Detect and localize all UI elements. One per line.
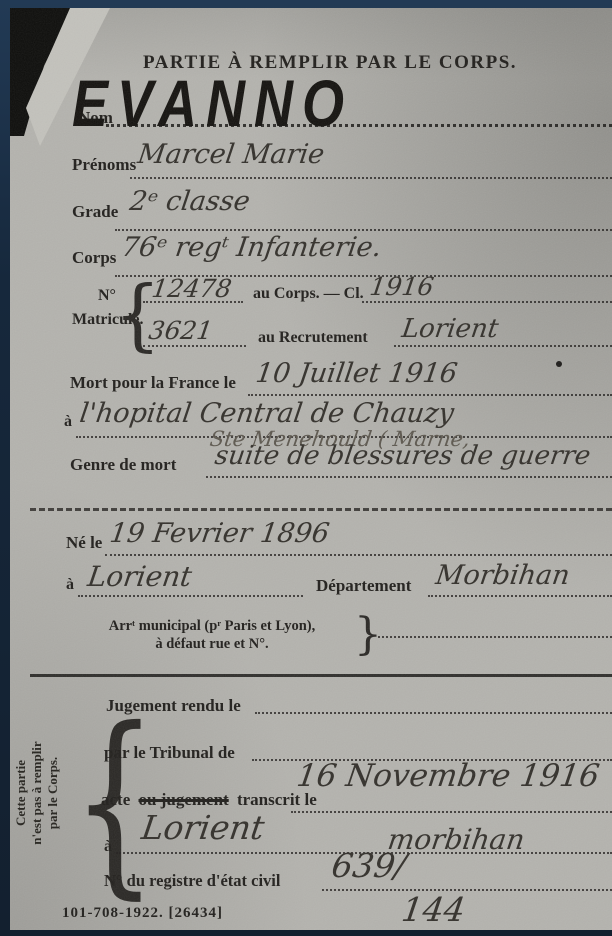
- jugement-dotted-line: [255, 712, 612, 714]
- transcription-value: 16 Novembre 1916: [294, 758, 601, 794]
- sidenote-line3: par le Corps.: [45, 710, 61, 876]
- lieu-naissance-dotted-line: [78, 595, 303, 597]
- arrondissement-dotted-line: [378, 636, 612, 638]
- transcription-label: acte ou jugement transcrit le: [101, 790, 317, 810]
- mort-dotted-line: [248, 394, 612, 396]
- departement-label: Département: [316, 576, 411, 596]
- sidenote-line2: n'est pas à remplir: [29, 710, 45, 876]
- departement-dotted-line: [428, 595, 612, 597]
- arrondissement-brace: }: [354, 609, 382, 660]
- transcription-label-struck: ou jugement: [139, 790, 229, 809]
- registre-value2: 144: [399, 890, 467, 929]
- matricule-recrutement-text: au Recrutement: [258, 329, 368, 347]
- section-divider-dashed: [30, 508, 612, 511]
- ink-dot: [556, 361, 562, 367]
- matricule-line-1a: [143, 301, 243, 303]
- sidenote-rotated: Cette partie n'est pas à remplir par le …: [13, 710, 67, 876]
- matricule-recrutement-place: Lorient: [400, 314, 500, 344]
- arrondissement-label-line2: à défaut rue et N°.: [72, 636, 352, 653]
- genre-mort-dotted-line: [206, 476, 612, 478]
- lieu-naissance-label: à: [66, 576, 74, 594]
- naissance-value: 19 Fevrier 1896: [108, 518, 332, 549]
- arrondissement-label-line1: Arrᵗ municipal (pʳ Paris et Lyon),: [72, 618, 352, 635]
- record-card: PARTIE À REMPLIR PAR LE CORPS. Nom EVANN…: [10, 8, 612, 930]
- corps-value: 76ᵉ regᵗ Infanterie.: [120, 232, 384, 263]
- registre-value: 639/: [329, 846, 409, 885]
- jugement-label: Jugement rendu le: [106, 696, 241, 716]
- form-imprint-code: 101-708-1922. [26434]: [62, 905, 223, 922]
- lieu-mort-label: à: [64, 413, 72, 431]
- grade-dotted-line: [115, 229, 612, 231]
- matricule-line-2b: [394, 345, 612, 347]
- lieu-mort-value: l'hopital Central de Chauzy: [78, 398, 456, 429]
- matricule-line-1b: [362, 301, 612, 303]
- nom-value-stamp: EVANNO: [72, 66, 353, 142]
- matricule-corps-text: au Corps. — Cl.: [253, 285, 364, 303]
- genre-mort-value: suite de blessures de guerre: [213, 441, 593, 471]
- tribunal-label: par le Tribunal de: [104, 743, 235, 763]
- prenoms-dotted-line: [130, 177, 612, 179]
- mort-value: 10 Juillet 1916: [254, 358, 460, 389]
- grade-value: 2ᵉ classe: [128, 186, 252, 217]
- mort-label: Mort pour la France le: [70, 373, 236, 393]
- matricule-classe-value: 1916: [368, 272, 436, 301]
- corps-label: Corps: [72, 248, 116, 268]
- departement-value: Morbihan: [434, 560, 572, 591]
- matricule-corps-number: 12478: [150, 274, 234, 303]
- prenoms-label: Prénoms: [72, 155, 136, 175]
- matricule-recrutement-number: 3621: [147, 316, 215, 345]
- matricule-line-2a: [143, 345, 246, 347]
- grade-label: Grade: [72, 202, 118, 222]
- sidenote-line1: Cette partie: [13, 710, 29, 876]
- transcription-lieu-value: Lorient: [139, 808, 267, 847]
- prenoms-value: Marcel Marie: [136, 139, 327, 170]
- transcription-label-prefix: acte: [101, 790, 130, 809]
- section-divider-solid: [30, 674, 612, 677]
- lieu-naissance-value: Lorient: [86, 560, 194, 593]
- naissance-dotted-line: [105, 554, 612, 556]
- transcription-dotted-line: [291, 811, 612, 813]
- transcription-lieu-label: à: [104, 838, 112, 856]
- genre-mort-label: Genre de mort: [70, 455, 176, 475]
- registre-label: N° du registre d'état civil: [104, 871, 280, 891]
- scan-background: PARTIE À REMPLIR PAR LE CORPS. Nom EVANN…: [0, 0, 612, 936]
- naissance-label: Né le: [66, 533, 102, 553]
